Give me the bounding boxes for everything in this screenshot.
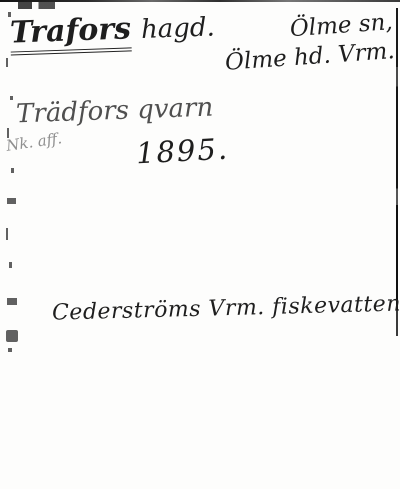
scan-speck <box>8 348 12 352</box>
headword-qualifier: hagd. <box>141 12 216 45</box>
headline: Traforshagd. <box>9 8 215 50</box>
fishing-note: Cederströms Vrm. fiskevatten. <box>52 291 400 325</box>
scan-speck <box>9 262 12 268</box>
year: 1895. <box>135 132 230 171</box>
entry-name: Trädfors qvarn <box>16 93 214 130</box>
scan-speck <box>6 228 8 240</box>
scan-artifact-right-edge <box>396 8 398 336</box>
scan-speck <box>7 298 17 305</box>
headword: Trafors <box>9 11 131 55</box>
scan-artifact-top-left <box>18 2 64 9</box>
scan-speck <box>6 330 18 342</box>
scan-speck <box>6 58 8 67</box>
scan-speck <box>7 198 16 204</box>
scan-speck <box>10 96 13 100</box>
location-block: Ölme sn, Ölme hd. Vrm. <box>222 8 395 78</box>
scan-speck <box>11 168 14 173</box>
archive-index-card: Traforshagd. Ölme sn, Ölme hd. Vrm. Träd… <box>0 0 400 489</box>
